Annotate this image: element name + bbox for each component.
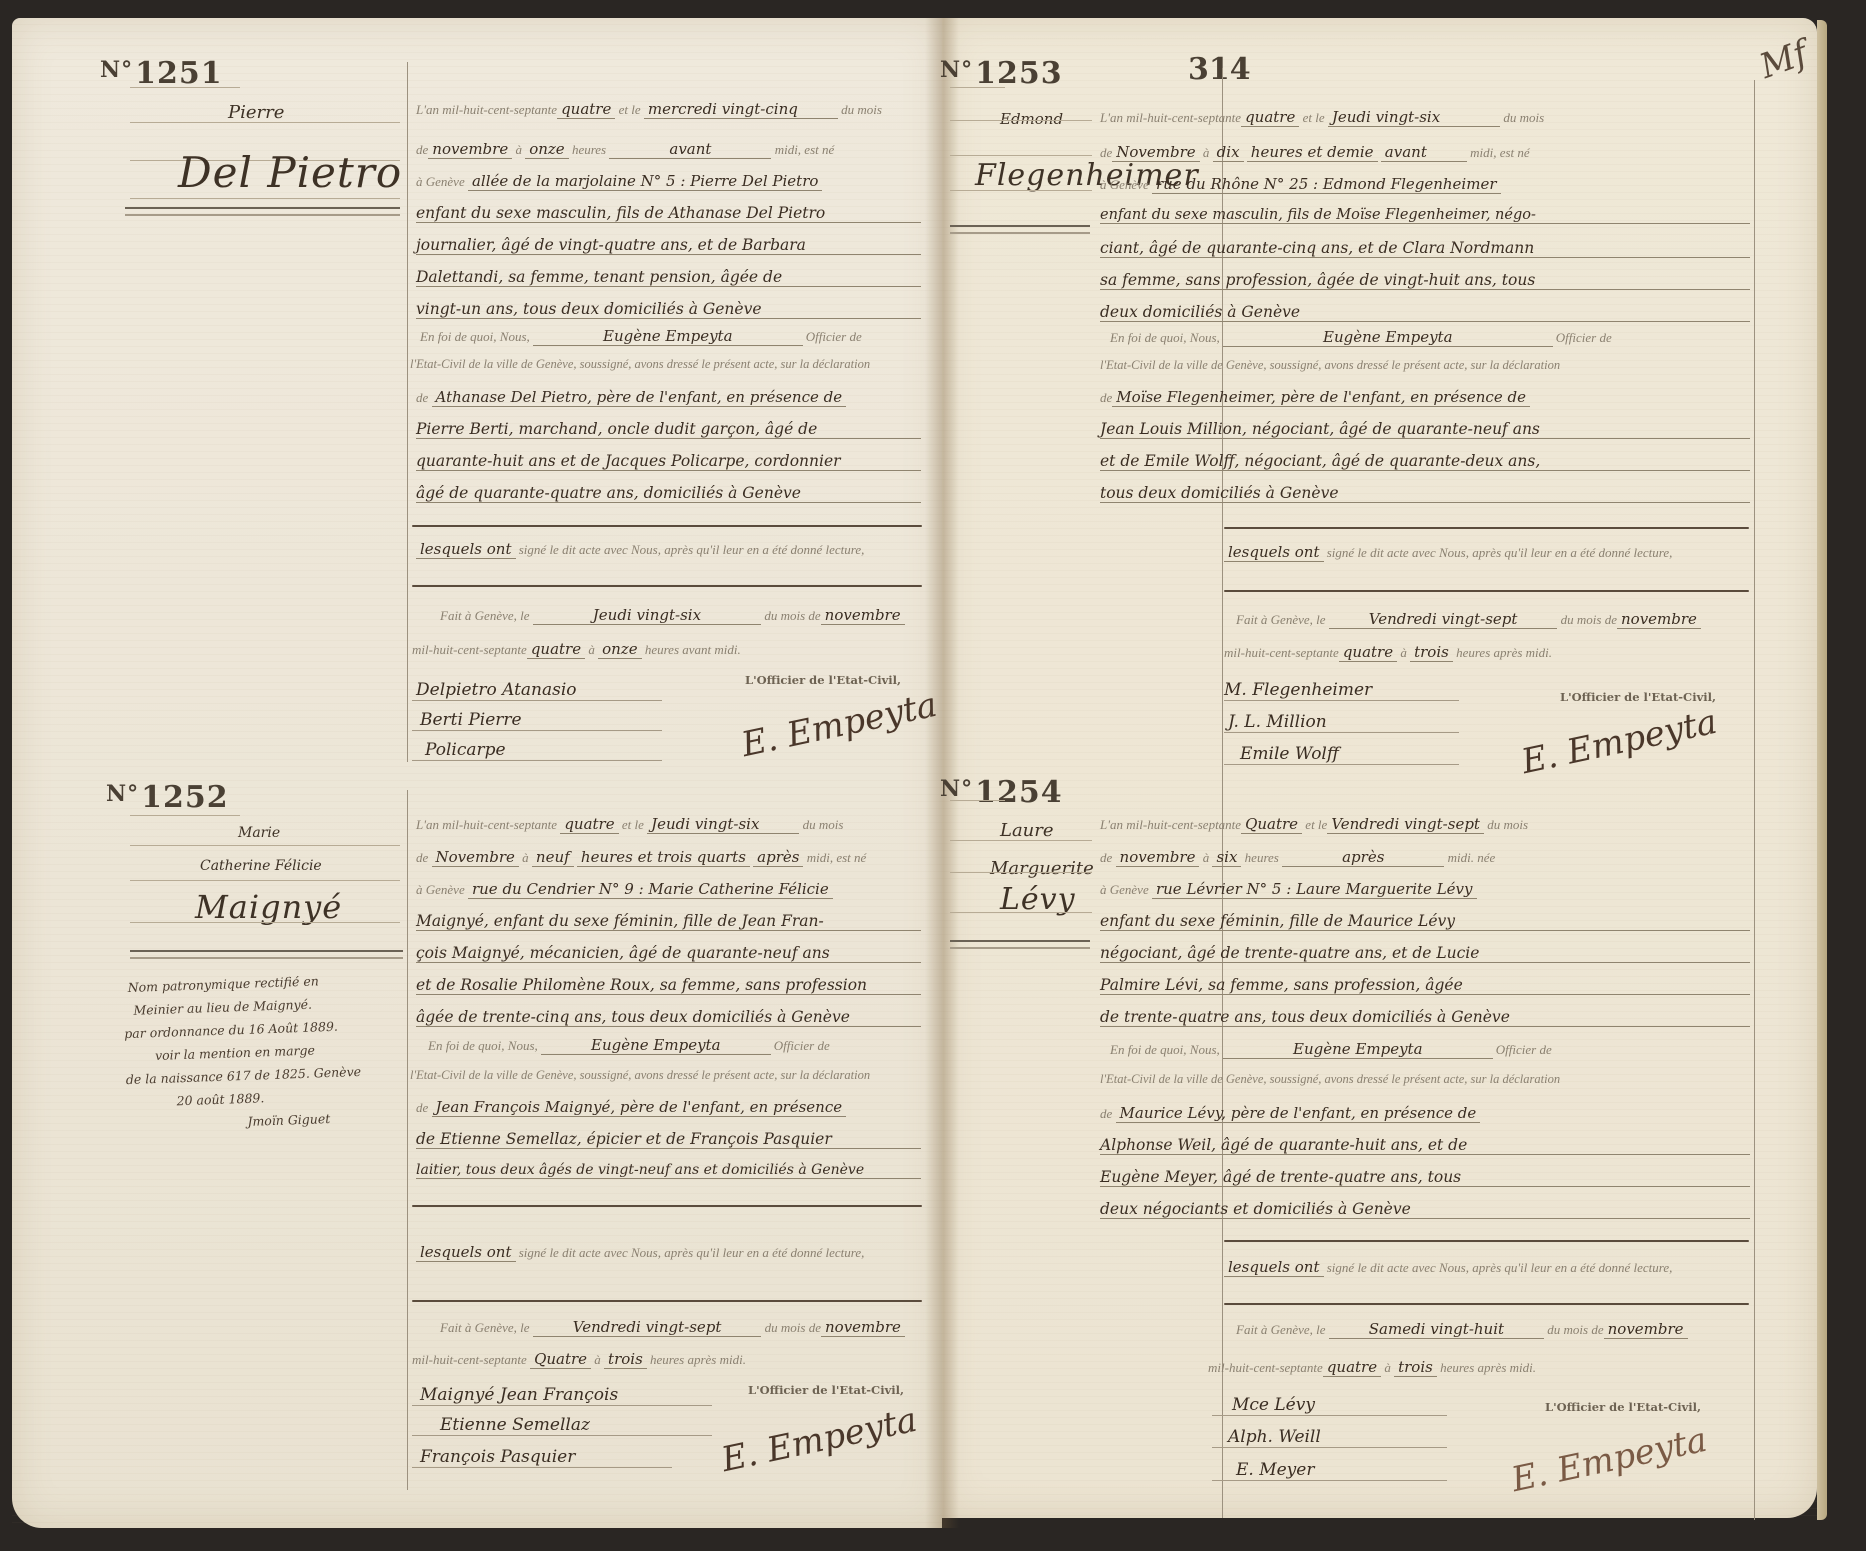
book-gutter (925, 18, 959, 1528)
record-number: N°1254 (940, 775, 1063, 810)
margin-given-name: Edmond (1000, 110, 1063, 128)
record-number: N°1252 (106, 780, 229, 815)
margin-middle-names: Catherine Félicie (200, 858, 322, 874)
record-number: N°1251 (100, 56, 223, 91)
signature: François Pasquier (420, 1447, 575, 1467)
signature: Emile Wolff (1240, 744, 1339, 764)
signature: Maignyé Jean François (420, 1385, 618, 1405)
signature: Berti Pierre (420, 710, 522, 730)
signature: Delpietro Atanasio (416, 680, 577, 700)
signature: J. L. Million (1228, 712, 1327, 732)
record-separator (130, 950, 403, 959)
record-separator (950, 225, 1090, 234)
signature: E. Meyer (1236, 1460, 1314, 1480)
birth-year-line: L'an mil-huit-cent-septantequatre et le … (416, 100, 882, 118)
right-border-rule (1754, 80, 1755, 1520)
page-edge (1817, 20, 1827, 1520)
record-number: N°1253 (940, 56, 1063, 91)
page-number: 314 (1188, 52, 1251, 87)
margin-correction-note: Nom patronymique rectifié en Meinier au … (122, 968, 363, 1137)
margin-middle-names: Marguerite (990, 858, 1094, 879)
signature: Policarpe (425, 740, 506, 760)
record-separator (125, 207, 400, 216)
margin-given-name: Laure (1000, 820, 1054, 841)
margin-rule (407, 62, 408, 762)
signature: M. Flegenheimer (1224, 680, 1372, 700)
margin-rule (407, 790, 408, 1490)
open-register-book: 314 Mf N°1251 Pierre Del Pietro L'an mil… (0, 0, 1866, 1551)
margin-surname: Del Pietro (178, 148, 402, 197)
margin-given-name: Pierre (228, 102, 284, 123)
margin-surname: Maignyé (195, 888, 342, 926)
margin-given-name: Marie (238, 825, 280, 841)
signature: Alph. Weill (1228, 1427, 1321, 1447)
signature: Mce Lévy (1232, 1395, 1315, 1415)
record-separator (950, 940, 1090, 949)
signature: Etienne Semellaz (440, 1415, 590, 1435)
